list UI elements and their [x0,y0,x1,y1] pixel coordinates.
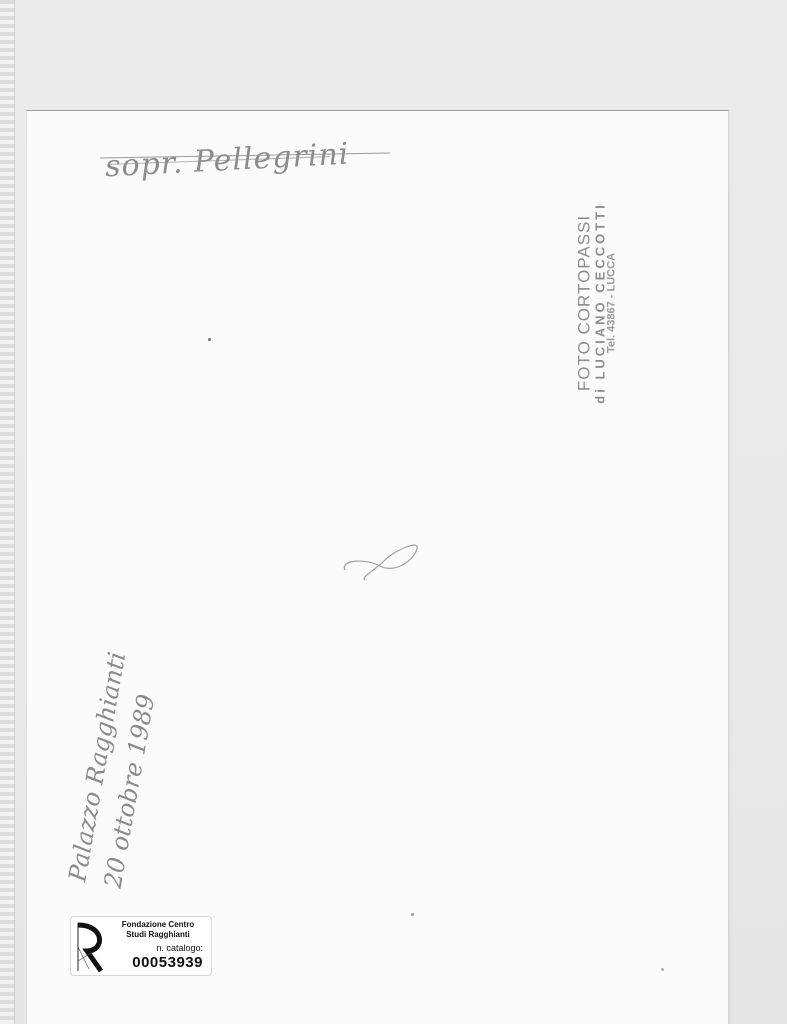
stamp-photographer: di LUCIANO CECCOTTI [593,202,607,403]
catalog-label: Fondazione Centro Studi Ragghianti n. ca… [70,916,212,976]
catalog-number-label: n. catalogo: [103,942,203,954]
binder-edge-strip [0,0,15,1024]
foundation-name-line1: Fondazione Centro [113,920,203,930]
catalog-number: 00053939 [103,954,203,972]
photographer-stamp: FOTO CORTOPASSI di LUCIANO CECCOTTI Tel.… [572,190,622,415]
loop-mark-icon [335,540,425,585]
ink-speck [661,968,664,971]
stamp-phone-city: Tel. 43867 - LUCCA [607,202,619,403]
ragghianti-logo-icon [75,921,105,973]
stamp-studio-name: FOTO CORTOPASSI [575,202,593,403]
foundation-name-line2: Studi Ragghianti [113,930,203,940]
handwritten-location-date: Palazzo Ragghianti 20 ottobre 1989 [55,640,175,900]
ink-speck [411,913,414,916]
ink-speck [208,338,211,341]
